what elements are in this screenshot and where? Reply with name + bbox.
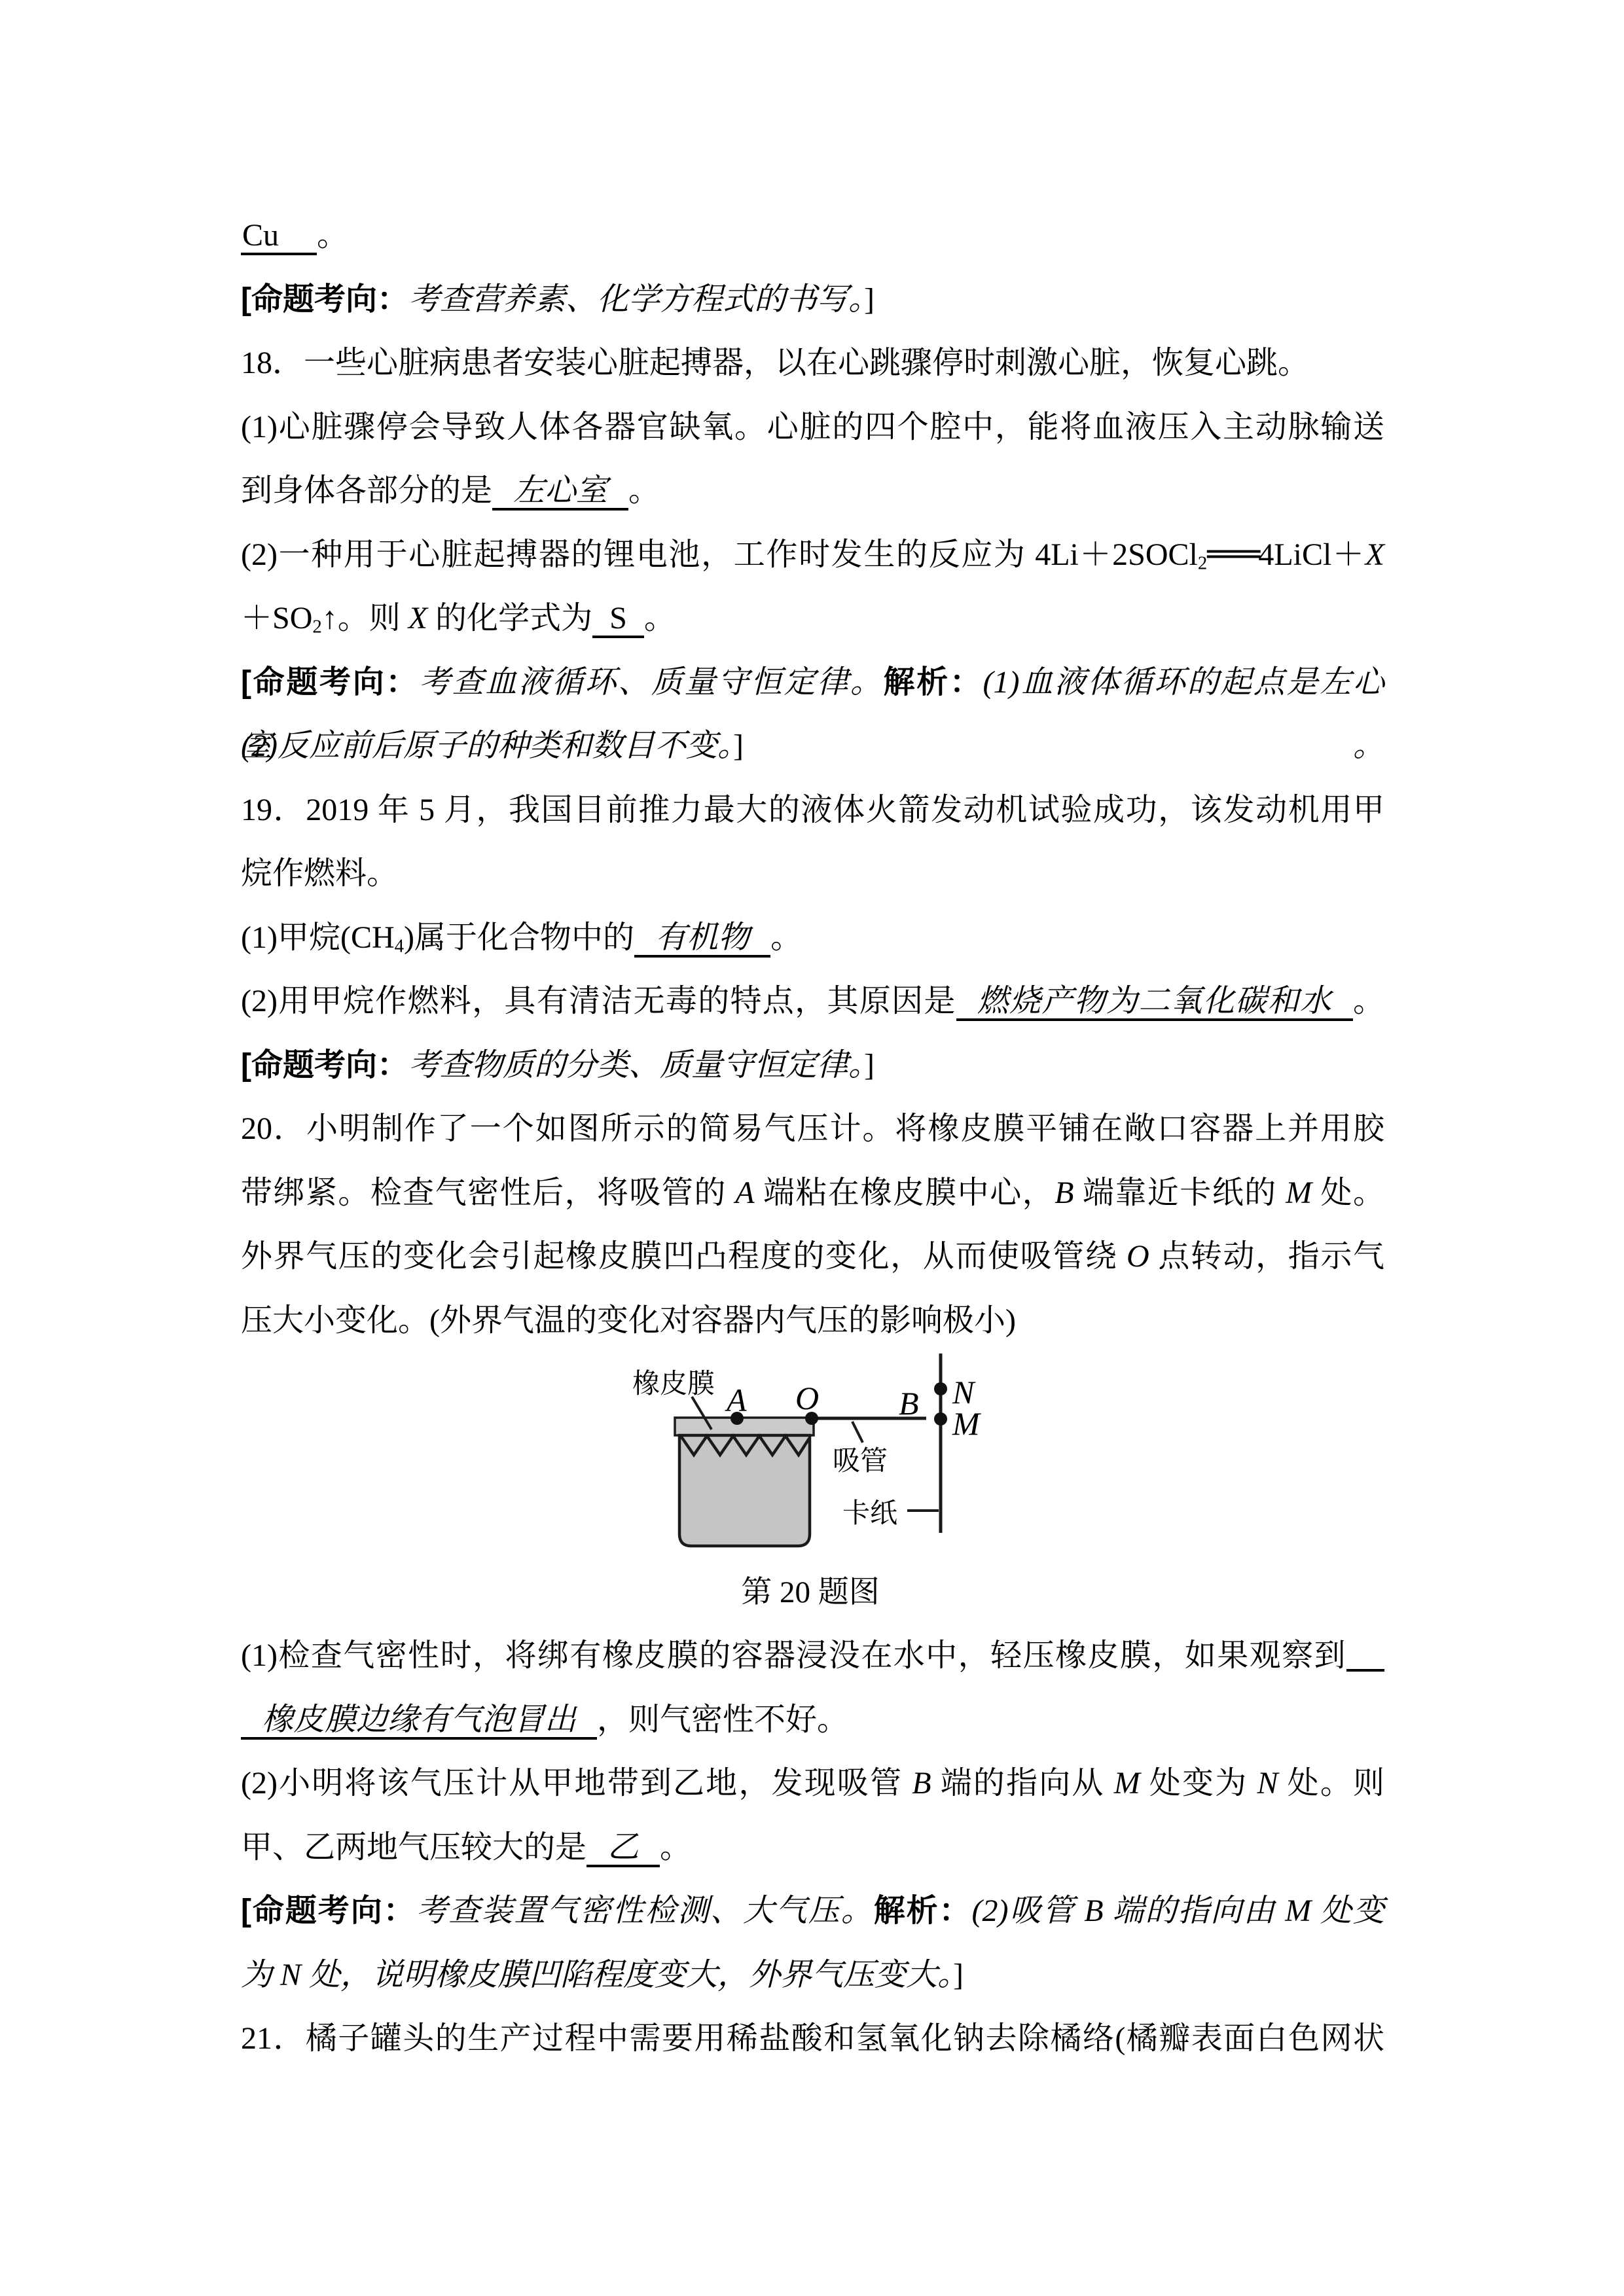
membrane-label: 橡皮膜 [632, 1369, 715, 1399]
text-line: [命题考向：考查血液循环、质量守恒定律。解析：(1)血液体循环的起点是左心室。 [241, 651, 1384, 715]
text-segment: (1)心脏骤停会导致人体各器官缺氧。心脏的四个腔中，能将血液压入主动脉输送 [241, 410, 1384, 444]
text-segment: (2)吸管 [972, 1893, 1085, 1928]
text-line: (1)甲烷(CH4)属于化合物中的有机物。 [241, 906, 1384, 970]
text-segment: 考查装置气密性检测、大气压。 [416, 1893, 874, 1928]
text-segment: 处。则 [1278, 1766, 1384, 1801]
point-m-label: M [952, 1405, 981, 1442]
text-line: 20．小明制作了一个如图所示的简易气压计。将橡皮膜平铺在敞口容器上并用胶 [241, 1097, 1384, 1161]
text-line: [命题考向：考查营养素、化学方程式的书写。] [241, 268, 1384, 332]
text-segment: (2)小明将该气压计从甲地带到乙地，发现吸管 [241, 1766, 912, 1801]
text-segment: M [1286, 1175, 1312, 1210]
answer-text: 有机物 [634, 920, 770, 958]
answer-text: 燃烧产物为二氧化碳和水 [956, 984, 1353, 1021]
text-segment: 。 [770, 920, 802, 955]
text-segment: [命题考向： [241, 1048, 408, 1083]
text-segment: 带绑紧。检查气密性后，将吸管的 [241, 1175, 735, 1210]
text-line: (1)检查气密性时，将绑有橡皮膜的容器浸没在水中，轻压橡皮膜，如果观察到 [241, 1624, 1384, 1688]
point-a-label: A [725, 1382, 747, 1418]
text-segment: B [912, 1766, 931, 1801]
text-segment: O [1127, 1239, 1149, 1274]
text-segment: [命题考向： [241, 282, 408, 317]
text-segment: )属于化合物中的 [404, 920, 634, 955]
text-segment: 考查物质的分类、质量守恒定律。 [408, 1048, 864, 1083]
text-segment: 为 [241, 1958, 280, 1992]
text-segment: 外界气压的变化会引起橡皮膜凹凸程度的变化，从而使吸管绕 [241, 1239, 1127, 1274]
text-segment: ＋SO [241, 601, 312, 636]
text-segment: ] [733, 728, 744, 763]
card-label: 卡纸 [842, 1499, 897, 1529]
text-block-lower: (1)检查气密性时，将绑有橡皮膜的容器浸没在水中，轻压橡皮膜，如果观察到橡皮膜边… [241, 1624, 1384, 2071]
text-segment: (1)检查气密性时，将绑有橡皮膜的容器浸没在水中，轻压橡皮膜，如果观察到 [241, 1638, 1346, 1673]
answer-text: 左心室 [492, 473, 628, 511]
text-segment: N [280, 1958, 301, 1992]
text-segment: B [1084, 1893, 1103, 1928]
text-line: 19．2019 年 5 月，我国目前推力最大的液体火箭发动机试验成功，该发动机用… [241, 778, 1384, 842]
text-line: 橡皮膜边缘有气泡冒出，则气密性不好。 [241, 1688, 1384, 1752]
text-segment: 。 [644, 601, 676, 636]
text-segment: 。 [1353, 984, 1384, 1018]
text-segment: 考查营养素、化学方程式的书写。 [408, 282, 864, 317]
text-segment: 19．2019 年 5 月，我国目前推力最大的液体火箭发动机试验成功，该发动机用… [241, 793, 1384, 827]
text-segment: 处，说明橡皮膜凹陷程度变大，外界气压变大。 [301, 1958, 953, 1992]
text-segment: 解析： [874, 1893, 972, 1928]
text-segment: 到身体各部分的是 [241, 473, 492, 508]
text-segment: 2 [312, 616, 321, 637]
text-line: [命题考向：考查物质的分类、质量守恒定律。] [241, 1033, 1384, 1098]
text-segment: X [1365, 537, 1384, 572]
answer-text: S [592, 601, 644, 638]
text-segment: 考查血液循环、质量守恒定律。 [419, 665, 883, 700]
text-segment: 4LiCl＋ [1258, 537, 1365, 572]
exam-page: { "page": { "width": 2481, "height": 350… [0, 0, 1624, 2296]
rubber-membrane-band [675, 1418, 814, 1435]
text-segment: B [1055, 1175, 1074, 1210]
text-segment: ═══ [1207, 536, 1258, 573]
text-segment: 烷作燃料。 [241, 856, 398, 891]
text-segment: 。 [628, 473, 660, 508]
text-segment: 端的指向由 [1104, 1893, 1286, 1928]
text-segment: 18．一些心脏病患者安装心脏起搏器，以在心跳骤停时刺激心脏，恢复心跳。 [241, 346, 1309, 380]
text-line: 甲、乙两地气压较大的是乙。 [241, 1816, 1384, 1880]
text-segment: 甲、乙两地气压较大的是 [241, 1830, 586, 1865]
point-n-dot [934, 1382, 947, 1395]
text-segment: ，则气密性不好。 [597, 1702, 848, 1737]
text-line: (1)心脏骤停会导致人体各器官缺氧。心脏的四个腔中，能将血液压入主动脉输送 [241, 395, 1384, 459]
text-segment: 20．小明制作了一个如图所示的简易气压计。将橡皮膜平铺在敞口容器上并用胶 [241, 1111, 1384, 1146]
text-line: 外界气压的变化会引起橡皮膜凹凸程度的变化，从而使吸管绕 O 点转动，指示气 [241, 1225, 1384, 1289]
barometer-diagram: 橡皮膜 A O B N M 吸管 卡纸 第 20 题图 [622, 1335, 1015, 1617]
answer-text: 乙 [586, 1830, 660, 1867]
straw-leader-line [852, 1422, 863, 1443]
text-line: 带绑紧。检查气密性后，将吸管的 A 端粘在橡皮膜中心，B 端靠近卡纸的 M 处。 [241, 1161, 1384, 1225]
text-segment: 点转动，指示气 [1149, 1239, 1384, 1274]
text-line: 烷作燃料。 [241, 842, 1384, 906]
text-line: (2)小明将该气压计从甲地带到乙地，发现吸管 B 端的指向从 M 处变为 N 处… [241, 1751, 1384, 1816]
text-segment: N [1257, 1766, 1278, 1801]
figure-caption: 第 20 题图 [741, 1575, 880, 1609]
answer-text: Cu [241, 218, 317, 255]
text-segment: (1)甲烷(CH [241, 920, 395, 955]
text-segment: 处变 [1311, 1893, 1384, 1928]
text-segment: 解析： [884, 665, 983, 700]
text-segment: 2 [1198, 552, 1207, 573]
text-segment: 端靠近卡纸的 [1074, 1175, 1286, 1210]
text-segment: 端粘在橡皮膜中心， [755, 1175, 1055, 1210]
point-m-dot [934, 1412, 947, 1426]
text-segment: ] [953, 1958, 964, 1992]
text-segment: 压大小变化。(外界气温的变化对容器内气压的影响极小) [241, 1303, 1016, 1338]
text-line: 18．一些心脏病患者安装心脏起搏器，以在心跳骤停时刺激心脏，恢复心跳。 [241, 331, 1384, 395]
text-segment: 处。 [1312, 1175, 1384, 1210]
text-segment: 4 [395, 935, 404, 956]
text-line: 21．橘子罐头的生产过程中需要用稀盐酸和氢氧化钠去除橘络(橘瓣表面白色网状 [241, 2007, 1384, 2071]
text-segment: [命题考向： [241, 665, 419, 700]
text-segment: (2)一种用于心脏起搏器的锂电池，工作时发生的反应为 4Li＋2SOCl [241, 537, 1198, 572]
text-segment: A [735, 1175, 754, 1210]
text-segment: 。 [317, 218, 348, 253]
text-segment: M [1285, 1893, 1311, 1928]
point-o-label: O [795, 1380, 819, 1416]
text-segment: [命题考向： [241, 1893, 416, 1928]
text-line: 为 N 处，说明橡皮膜凹陷程度变大，外界气压变大。] [241, 1943, 1384, 2007]
point-b-label: B [899, 1385, 919, 1422]
text-segment: 处变为 [1140, 1766, 1257, 1801]
text-line: [命题考向：考查装置气密性检测、大气压。解析：(2)吸管 B 端的指向由 M 处… [241, 1879, 1384, 1943]
text-segment: M [1114, 1766, 1140, 1801]
text-segment: ] [864, 282, 875, 317]
text-segment: X [408, 601, 427, 636]
text-line: 到身体各部分的是左心室。 [241, 459, 1384, 523]
answer-blank [1346, 1634, 1384, 1672]
text-line: Cu。 [241, 204, 1384, 268]
text-segment: 21．橘子罐头的生产过程中需要用稀盐酸和氢氧化钠去除橘络(橘瓣表面白色网状 [241, 2021, 1384, 2056]
text-segment: (2)反应前后原子的种类和数目不变。 [241, 728, 733, 763]
text-block-upper: Cu。[命题考向：考查营养素、化学方程式的书写。]18．一些心脏病患者安装心脏起… [241, 204, 1384, 1352]
straw-label: 吸管 [833, 1446, 888, 1477]
text-segment: (2)用甲烷作燃料，具有清洁无毒的特点，其原因是 [241, 984, 956, 1018]
text-segment: ↑。则 [322, 601, 408, 636]
text-segment: 。 [660, 1830, 691, 1865]
text-line: ＋SO2↑。则 X 的化学式为S。 [241, 586, 1384, 651]
text-line: (2)用甲烷作燃料，具有清洁无毒的特点，其原因是燃烧产物为二氧化碳和水。 [241, 969, 1384, 1033]
text-line: (2)一种用于心脏起搏器的锂电池，工作时发生的反应为 4Li＋2SOCl2═══… [241, 523, 1384, 587]
text-segment: 的化学式为 [427, 601, 592, 636]
answer-text: 橡皮膜边缘有气泡冒出 [241, 1702, 597, 1740]
text-segment: ] [864, 1048, 875, 1083]
text-segment: 端的指向从 [931, 1766, 1114, 1801]
